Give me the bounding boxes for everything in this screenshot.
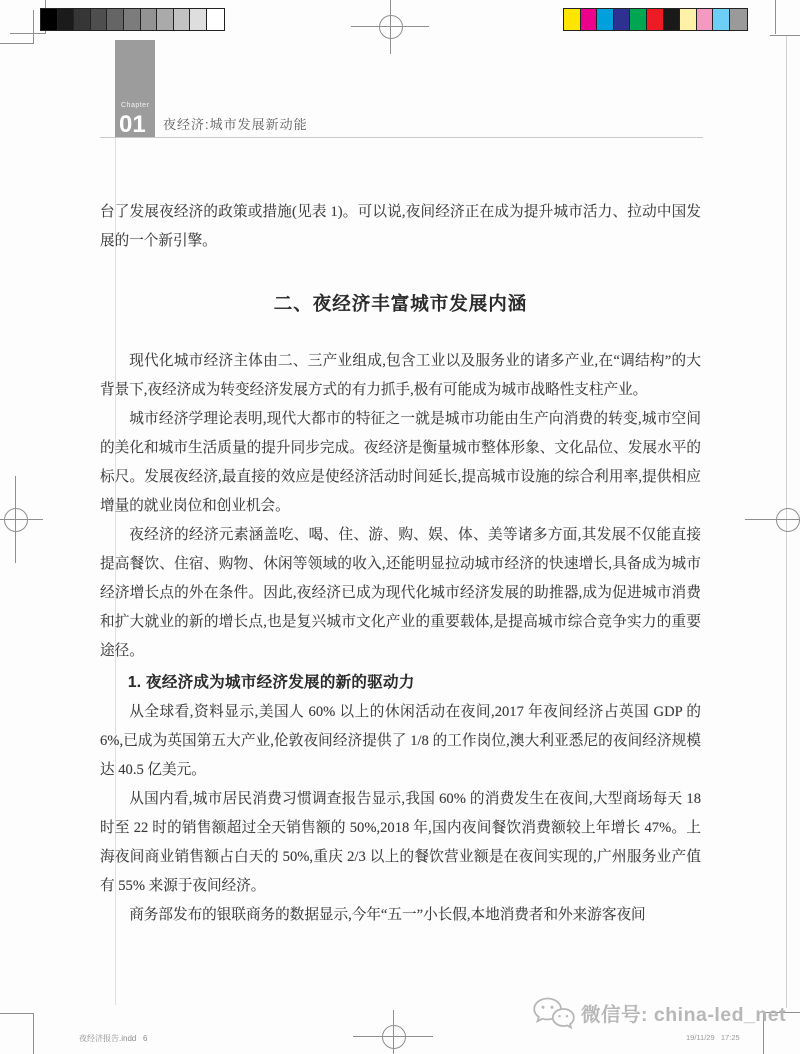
body-paragraph: 台了发展夜经济的政策或措施(见表 1)。可以说,夜间经济正在成为提升城市活力、拉… — [100, 198, 701, 256]
registration-circle — [776, 508, 800, 532]
chapter-tab: Chapter 01 — [115, 40, 155, 137]
calibration-swatch — [74, 9, 91, 30]
calibration-swatch — [630, 9, 647, 30]
crop-mark-line — [775, 0, 776, 34]
color-calibration-bar — [563, 8, 748, 31]
calibration-swatch — [41, 9, 58, 30]
watermark-text: 微信号: china-led_net — [581, 999, 786, 1027]
calibration-swatch — [207, 9, 224, 30]
calibration-swatch — [697, 9, 714, 30]
calibration-swatch — [730, 9, 747, 30]
calibration-swatch — [107, 9, 124, 30]
calibration-swatch — [581, 9, 598, 30]
page-body: 台了发展夜经济的政策或措施(见表 1)。可以说,夜间经济正在成为提升城市活力、拉… — [100, 198, 701, 930]
body-paragraph: 从国内看,城市居民消费习惯调查报告显示,我国 60% 的消费发生在夜间,大型商场… — [100, 785, 701, 901]
grayscale-calibration-bar — [40, 8, 225, 31]
calibration-swatch — [664, 9, 681, 30]
calibration-swatch — [124, 9, 141, 30]
body-paragraph: 从全球看,资料显示,美国人 60% 以上的休闲活动在夜间,2017 年夜间经济占… — [100, 698, 701, 785]
body-paragraph: 商务部发布的银联商务的数据显示,今年“五一”小长假,本地消费者和外来游客夜间 — [100, 901, 701, 930]
scanned-document-page: Chapter 01 夜经济:城市发展新动能 台了发展夜经济的政策或措施(见表 … — [0, 0, 800, 1054]
crop-mark-line — [33, 10, 34, 44]
crop-mark-line — [770, 35, 800, 36]
calibration-swatch — [614, 9, 631, 30]
crop-mark-line — [0, 43, 34, 44]
footer-timestamp: 19/11/29 17:25 — [686, 1033, 740, 1042]
registration-circle — [382, 1025, 406, 1049]
body-paragraph: 城市经济学理论表明,现代大都市的特征之一就是城市功能由生产向消费的转变,城市空间… — [100, 405, 701, 521]
calibration-swatch — [174, 9, 191, 30]
crop-mark-line — [0, 1013, 34, 1014]
body-paragraph: 夜经济的经济元素涵盖吃、喝、住、游、购、娱、体、美等诸多方面,其发展不仅能直接提… — [100, 521, 701, 666]
calibration-swatch — [141, 9, 158, 30]
calibration-swatch — [190, 9, 207, 30]
crop-mark-line — [10, 33, 46, 34]
calibration-swatch — [58, 9, 75, 30]
section-heading: 二、夜经济丰富城市发展内涵 — [100, 291, 701, 317]
chapter-label: Chapter — [121, 102, 149, 109]
calibration-swatch — [157, 9, 174, 30]
header-rule — [100, 137, 703, 138]
calibration-swatch — [597, 9, 614, 30]
calibration-swatch — [564, 9, 581, 30]
crop-mark-line — [33, 1013, 34, 1054]
registration-circle — [4, 508, 28, 532]
calibration-swatch — [713, 9, 730, 30]
chapter-title: 夜经济:城市发展新动能 — [163, 114, 308, 133]
calibration-swatch — [91, 9, 108, 30]
footer-file-label: 夜经济报告.indd 6 — [79, 1033, 147, 1044]
wechat-icon — [532, 995, 576, 1031]
subsection-heading: 1. 夜经济成为城市经济发展的新的驱动力 — [100, 670, 701, 696]
calibration-swatch — [680, 9, 697, 30]
calibration-swatch — [647, 9, 664, 30]
body-paragraph: 现代化城市经济主体由二、三产业组成,包含工业以及服务业的诸多产业,在“调结构”的… — [100, 347, 701, 405]
registration-circle — [379, 15, 403, 39]
wechat-watermark: 微信号: china-led_net — [532, 995, 786, 1031]
chapter-number: 01 — [119, 112, 146, 138]
